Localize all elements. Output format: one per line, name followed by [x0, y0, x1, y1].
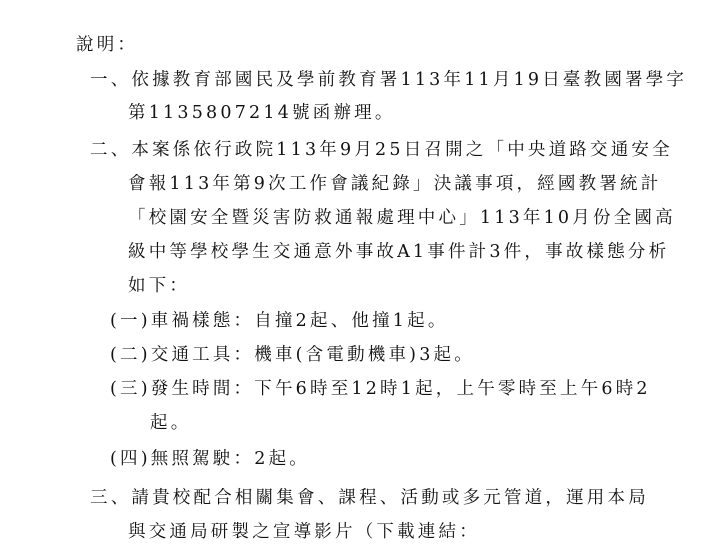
text-line: 二、本案係依行政院113年9月25日召開之「中央道路交通安全	[90, 138, 673, 162]
text-line: 與交通局研製之宣導影片（下載連結：	[128, 520, 480, 544]
text-line: 如下：	[128, 274, 190, 298]
text-line: 「校園安全暨災害防救通報處理中心」113年10月份全國高	[128, 206, 676, 230]
text-line: (三)發生時間：下午6時至12時1起，上午零時至上午6時2	[110, 377, 651, 401]
text-line: (四)無照駕駛：2起。	[110, 447, 310, 471]
text-line: 三、請貴校配合相關集會、課程、活動或多元管道，運用本局	[90, 486, 649, 510]
text-line: 第1135807214號函辦理。	[128, 101, 396, 125]
text-line: 會報113年第9次工作會議紀錄」決議事項，經國教署統計	[128, 172, 661, 196]
text-line: (二)交通工具：機車(含電動機車)3起。	[110, 343, 475, 367]
section-heading: 說明：	[76, 33, 138, 57]
text-line: 一、依據教育部國民及學前教育署113年11月19日臺教國署學字	[90, 68, 687, 92]
text-line: 起。	[150, 411, 191, 435]
text-line: (一)車禍樣態：自撞2起、他撞1起。	[110, 309, 449, 333]
text-line: 級中等學校學生交通意外事故A1事件計3件，事故樣態分析	[128, 240, 669, 264]
